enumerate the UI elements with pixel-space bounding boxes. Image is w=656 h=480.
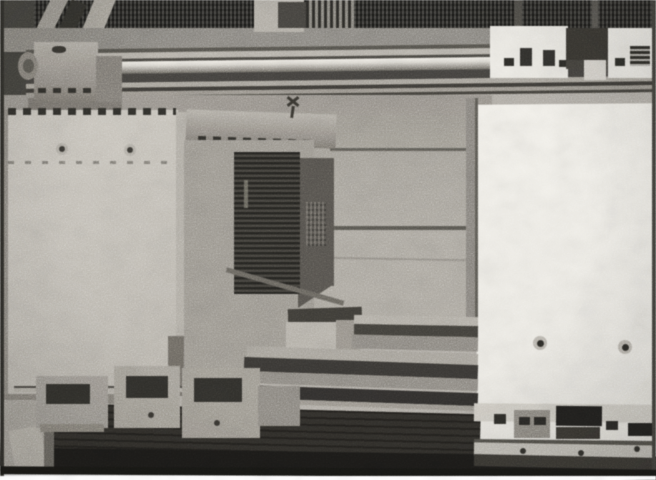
paper-bottom-margin xyxy=(0,476,656,480)
photo-stage xyxy=(0,0,656,480)
machine-photograph xyxy=(0,0,656,480)
photo-vignette xyxy=(0,0,656,476)
